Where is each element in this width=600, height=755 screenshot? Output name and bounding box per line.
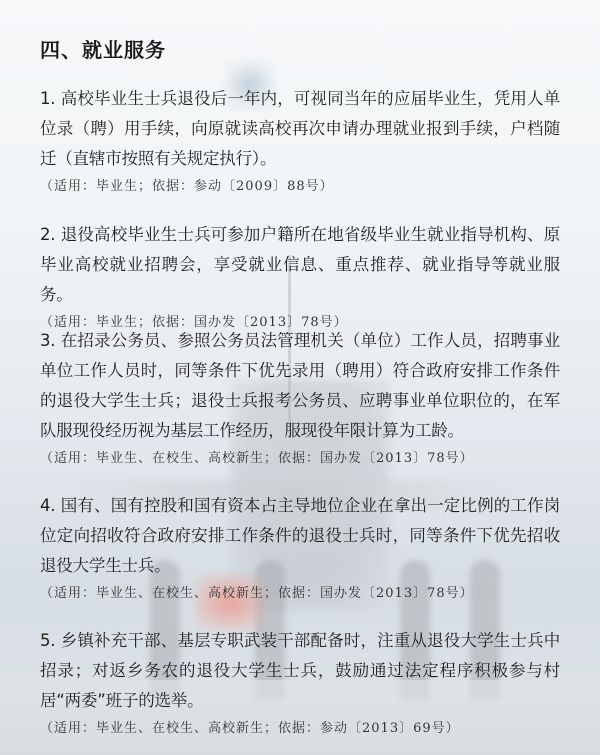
policy-item-5: 5. 乡镇补充干部、基层专职武装干部配备时，注重从退役大学生士兵中招录；对返乡务… — [40, 626, 560, 740]
policy-document: 四、就业服务 1. 高校毕业生士兵退役后一年内，可视同当年的应届毕业生，凭用人单… — [0, 0, 600, 755]
policy-item-text: 5. 乡镇补充干部、基层专职武装干部配备时，注重从退役大学生士兵中招录；对返乡务… — [40, 626, 560, 716]
policy-item-source: （适用：毕业生、在校生、高校新生；依据：参动〔2013〕69号） — [40, 718, 560, 740]
policy-item-3: 3. 在招录公务员、参照公务员法管理机关（单位）工作人员，招聘事业单位工作人员时… — [40, 326, 560, 470]
policy-item-text: 1. 高校毕业生士兵退役后一年内，可视同当年的应届毕业生，凭用人单位录（聘）用手… — [40, 84, 560, 174]
policy-item-text: 3. 在招录公务员、参照公务员法管理机关（单位）工作人员，招聘事业单位工作人员时… — [40, 326, 560, 446]
policy-item-source: （适用：毕业生、在校生、高校新生；依据：国办发〔2013〕78号） — [40, 448, 560, 470]
policy-item-source: （适用：毕业生；依据：参动〔2009〕88号） — [40, 176, 560, 198]
policy-item-4: 4. 国有、国有控股和国有资本占主导地位企业在拿出一定比例的工作岗位定向招收符合… — [40, 491, 560, 605]
policy-item-1: 1. 高校毕业生士兵退役后一年内，可视同当年的应届毕业生，凭用人单位录（聘）用手… — [40, 84, 560, 198]
policy-item-text: 4. 国有、国有控股和国有资本占主导地位企业在拿出一定比例的工作岗位定向招收符合… — [40, 491, 560, 581]
policy-item-text: 2. 退役高校毕业生士兵可参加户籍所在地省级毕业生就业指导机构、原毕业高校就业招… — [40, 220, 560, 310]
section-heading: 四、就业服务 — [40, 34, 166, 63]
policy-item-source: （适用：毕业生、在校生、高校新生；依据：国办发〔2013〕78号） — [40, 583, 560, 605]
policy-item-2: 2. 退役高校毕业生士兵可参加户籍所在地省级毕业生就业指导机构、原毕业高校就业招… — [40, 220, 560, 334]
